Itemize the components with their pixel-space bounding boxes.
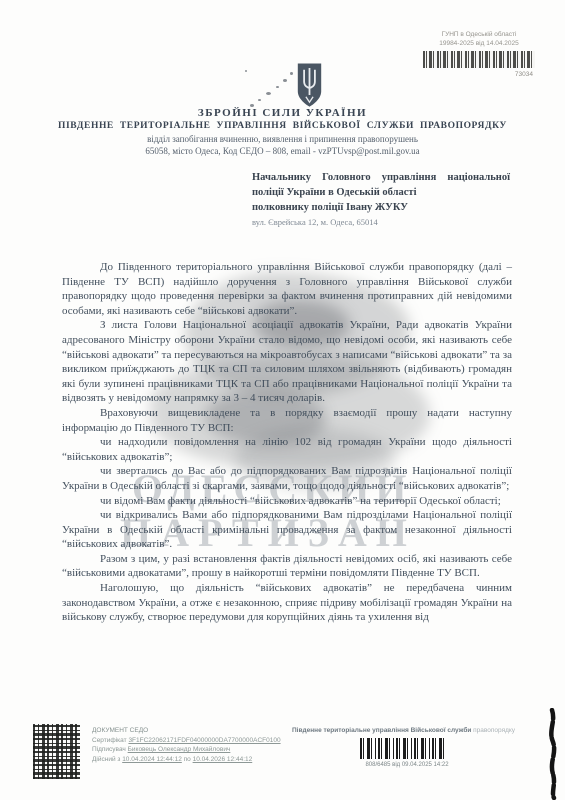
- scan-speck: [283, 79, 287, 82]
- stamp-reg-line: 19984-2025 від 14.04.2025: [411, 39, 547, 48]
- org-name-primary: ЗБРОЙНІ СИЛИ УКРАЇНИ: [0, 106, 565, 120]
- certificate-line: Сертифікат 3F1FC22062171FDF04000000DA770…: [92, 736, 327, 746]
- scan-speck: [276, 86, 279, 88]
- letter-body: До Південного територіального управління…: [62, 260, 512, 625]
- paragraph: До Південного територіального управління…: [62, 260, 512, 318]
- scan-speck: [290, 72, 293, 75]
- paragraph: Наголошую, що діяльність “військових адв…: [62, 581, 512, 625]
- scan-speck: [266, 92, 271, 95]
- certificate-label: Сертифікат: [92, 737, 127, 744]
- document-number: 808/6485 від 09.04.2025 14:22: [352, 762, 462, 768]
- signature-footer: ДОКУМЕНТ СЕДО Сертифікат 3F1FC22062171FD…: [0, 700, 565, 800]
- registering-org-main: Південне територіальне управління Військ…: [292, 727, 471, 734]
- signer-label: Підписувач: [92, 746, 126, 753]
- certificate-value: 3F1FC22062171FDF04000000DA7700000ACF0100: [128, 737, 280, 744]
- recipient-address: вул. Єврейська 12, м. Одеса, 65014: [252, 216, 510, 228]
- stamp-barcode: [423, 51, 535, 68]
- validity-to-label: по: [184, 756, 191, 763]
- paragraph: чи відомі Вам факти діяльності “військов…: [62, 494, 512, 509]
- stamp-org-line: ГУНП в Одеській області: [411, 30, 547, 39]
- registering-org-fade: правопорядку: [473, 727, 515, 734]
- qr-code: [33, 724, 80, 779]
- signer-line: Підписувач Биковець Олександр Михайлович: [92, 745, 327, 755]
- stamp-barcode-number: 73034: [411, 70, 547, 79]
- paragraph: чи звертались до Вас або до підпорядкова…: [62, 464, 512, 493]
- scan-speck: [258, 99, 261, 101]
- signer-value: Биковець Олександр Михайлович: [128, 746, 231, 753]
- validity-to: 10.04.2026 12:44:12: [193, 756, 253, 763]
- recipient-name: полковнику поліції Івану ЖУКУ: [252, 200, 510, 215]
- paragraph: З листа Голови Національної асоціації ад…: [62, 318, 512, 406]
- scanned-letter-page: ОДЕССКИЙ ПАРТИЗАН ГУНП в Одеській област…: [0, 0, 565, 800]
- scan-artifact-mark: [545, 708, 559, 800]
- registering-org-line: Південне територіальне управління Військ…: [292, 726, 548, 735]
- letterhead: ЗБРОЙНІ СИЛИ УКРАЇНИ ПІВДЕННЕ ТЕРИТОРІАЛ…: [0, 106, 565, 157]
- org-name-secondary: ПІВДЕННЕ ТЕРИТОРІАЛЬНЕ УПРАВЛІННЯ ВІЙСЬК…: [0, 120, 565, 133]
- validity-line: Дійсний з 10.04.2024 12:44:12 по 10.04.2…: [92, 755, 327, 765]
- department-line: відділ запобігання вчиненню, виявлення і…: [0, 133, 565, 145]
- paragraph: чи відкривались Вами або підпорядкованим…: [62, 508, 512, 552]
- document-barcode: [360, 738, 444, 759]
- paragraph: Враховуючи вищевикладене та в порядку вз…: [62, 406, 512, 435]
- address-line: 65058, місто Одеса, Код СЕДО – 808, emai…: [0, 145, 565, 157]
- recipient-title: Начальнику Головного управління націонал…: [252, 170, 510, 200]
- registration-stamp: ГУНП в Одеській області 19984-2025 від 1…: [411, 30, 547, 79]
- scan-speck: [245, 70, 247, 72]
- recipient-block: Начальнику Головного управління націонал…: [252, 170, 510, 228]
- validity-label: Дійсний з: [92, 756, 120, 763]
- validity-from: 10.04.2024 12:44:12: [122, 756, 182, 763]
- ukraine-trident-emblem-icon: [296, 62, 323, 110]
- paragraph: Разом з цим, у разі встановлення фактів …: [62, 552, 512, 581]
- paragraph: чи надходили повідомлення на лінію 102 в…: [62, 435, 512, 464]
